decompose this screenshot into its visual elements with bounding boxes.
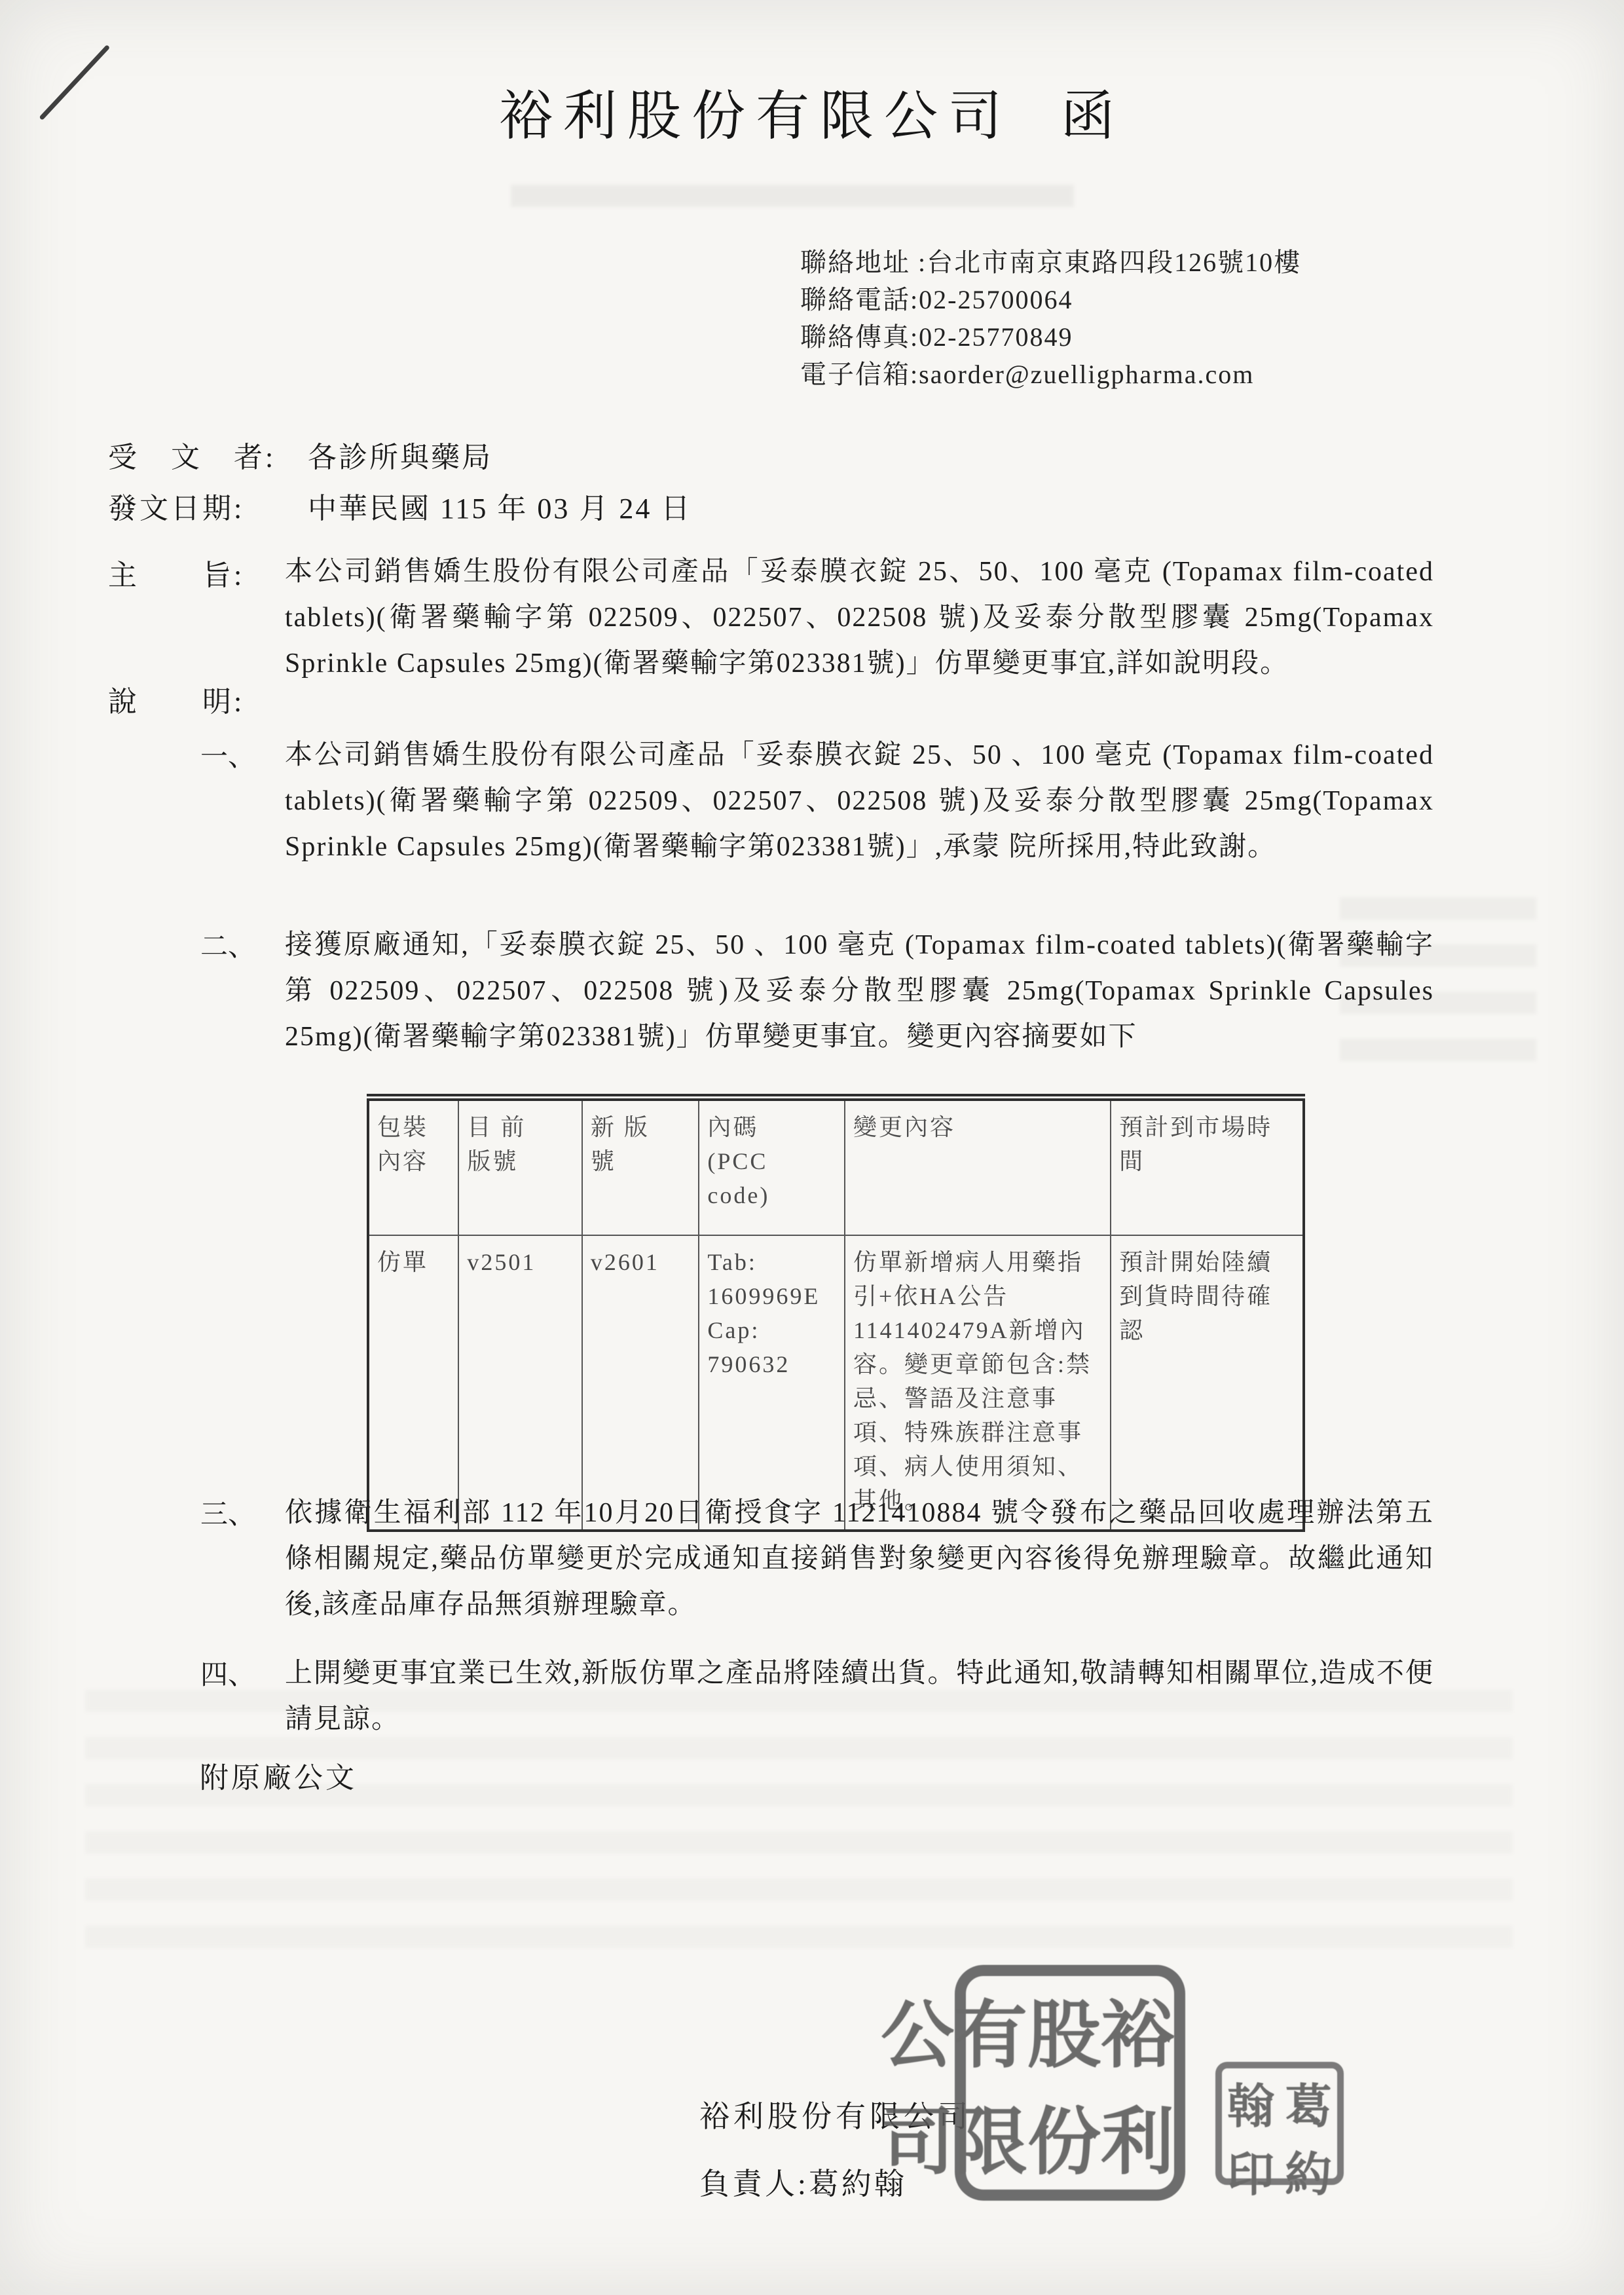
cell-new-version: v2601 [582,1235,699,1531]
cell-pcc-code: Tab: 1609969E Cap: 790632 [699,1235,845,1531]
item-3-number: 三、 [200,1493,255,1532]
subject-text: 本公司銷售嬌生股份有限公司產品「妥泰膜衣錠 25、50、100 毫克 (Topa… [285,549,1434,686]
scanned-letter-page: 裕利股份有限公司函 聯絡地址 :台北市南京東路四段126號10樓 聯絡電話:02… [0,0,1624,2295]
contact-address: 聯絡地址 :台北市南京東路四段126號10樓 [800,244,1301,281]
signature-person: 負責人:葛約翰 [699,2160,907,2203]
header-package-content: 包裝 內容 [368,1098,458,1236]
company-name-title: 裕利股份有限公司 [499,86,1012,146]
table-header-row: 包裝 內容 目 前 版號 新 版 號 內碼 (PCC code) 變更內容 預計… [368,1098,1304,1236]
item-1-text: 本公司銷售嬌生股份有限公司產品「妥泰膜衣錠 25、50 、100 毫克 (Top… [285,732,1434,870]
change-summary-table: 包裝 內容 目 前 版號 新 版 號 內碼 (PCC code) 變更內容 預計… [367,1094,1305,1532]
item-4-number: 四、 [200,1653,255,1692]
responsible-person-label: 負責人: [699,2167,809,2201]
cell-change-content: 仿單新增病人用藥指引+依HA公告1141402479A新增內容。變更章節包含:禁… [845,1235,1111,1531]
recipient-label: 受 文 者: [108,434,276,476]
subject-label: 主 旨: [108,551,244,593]
recipient-value: 各診所與藥局 [308,434,492,476]
header-current-version: 目 前 版號 [458,1098,582,1236]
item-4-text: 上開變更事宜業已生效,新版仿單之產品將陸續出貨。特此通知,敬請轉知相關單位,造成… [285,1651,1434,1742]
attachment-note: 附原廠公文 [200,1754,357,1796]
cell-current-version: v2501 [458,1235,582,1531]
date-value: 中華民國 115 年 03 月 24 日 [308,485,692,527]
person-seal-stamp: 葛約翰印 [1215,2062,1344,2185]
header-pcc-code: 內碼 (PCC code) [699,1098,845,1236]
table-row: 仿單 v2501 v2601 Tab: 1609969E Cap: 790632… [368,1235,1304,1531]
date-label: 發文日期: [108,485,244,527]
company-seal-stamp: 裕利股份有限公司 [955,1965,1185,2201]
person-seal-text: 葛約翰印 [1222,2068,1337,2178]
bleedthrough-ghost [511,185,1074,231]
cell-market-time: 預計開始陸續到貨時間待確認 [1111,1235,1304,1531]
doc-type-label: 函 [1061,86,1125,146]
item-3-text: 依據衛生福利部 112 年10月20日衛授食字 1121410884 號令發布之… [285,1490,1434,1628]
header-change-content: 變更內容 [845,1098,1111,1236]
company-seal-text: 裕利股份有限公司 [966,1976,1174,2190]
explanation-label: 說 明: [108,678,244,720]
header-new-version: 新 版 號 [582,1098,699,1236]
contact-email: 電子信箱:saorder@zuelligpharma.com [800,356,1301,393]
letter-title: 裕利股份有限公司函 [0,73,1624,150]
item-2-number: 二、 [200,925,255,964]
contact-block: 聯絡地址 :台北市南京東路四段126號10樓 聯絡電話:02-25700064 … [800,244,1301,393]
header-market-time: 預計到市場時 間 [1111,1098,1304,1236]
item-1-number: 一、 [200,735,255,774]
item-2-text: 接獲原廠通知,「妥泰膜衣錠 25、50 、100 毫克 (Topamax fil… [285,922,1434,1060]
contact-fax: 聯絡傳真:02-25770849 [800,318,1301,356]
contact-phone: 聯絡電話:02-25700064 [800,281,1301,318]
cell-package-content: 仿單 [368,1235,458,1531]
